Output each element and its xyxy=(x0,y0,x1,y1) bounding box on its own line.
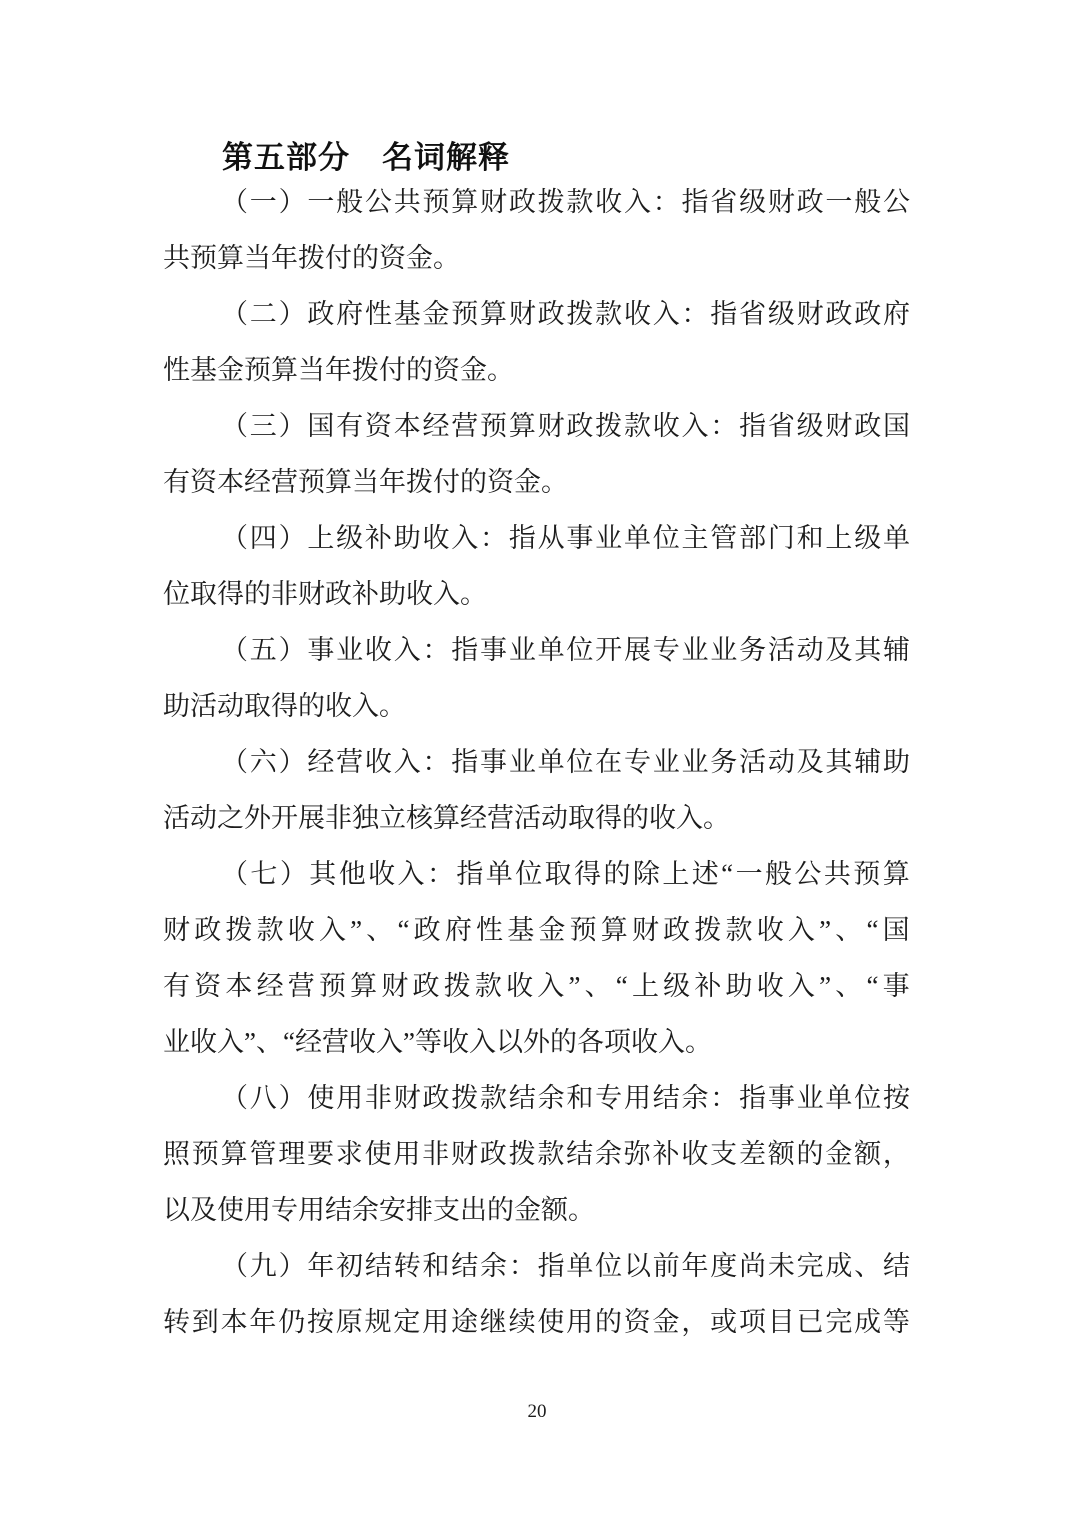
text-line: 性基金预算当年拨付的资金。 xyxy=(163,342,910,398)
text-line: 共预算当年拨付的资金。 xyxy=(163,230,910,286)
paragraph: （九）年初结转和结余：指单位以前年度尚未完成、结转到本年仍按原规定用途继续使用的… xyxy=(163,1238,910,1350)
paragraph: （七）其他收入：指单位取得的除上述“一般公共预算财政拨款收入”、“政府性基金预算… xyxy=(163,846,910,1070)
text-line: （一）一般公共预算财政拨款收入：指省级财政一般公 xyxy=(163,174,910,230)
text-line: 转到本年仍按原规定用途继续使用的资金，或项目已完成等 xyxy=(163,1294,910,1350)
text-line: （八）使用非财政拨款结余和专用结余：指事业单位按 xyxy=(163,1070,910,1126)
text-line: （六）经营收入：指事业单位在专业业务活动及其辅助 xyxy=(163,734,910,790)
paragraph: （二）政府性基金预算财政拨款收入：指省级财政政府性基金预算当年拨付的资金。 xyxy=(163,286,910,398)
text-line: 有资本经营预算当年拨付的资金。 xyxy=(163,454,910,510)
text-line: （五）事业收入：指事业单位开展专业业务活动及其辅 xyxy=(163,622,910,678)
text-line: 活动之外开展非独立核算经营活动取得的收入。 xyxy=(163,790,910,846)
paragraph: （一）一般公共预算财政拨款收入：指省级财政一般公共预算当年拨付的资金。 xyxy=(163,174,910,286)
text-line: 照预算管理要求使用非财政拨款结余弥补收支差额的金额， xyxy=(163,1126,910,1182)
paragraph: （五）事业收入：指事业单位开展专业业务活动及其辅助活动取得的收入。 xyxy=(163,622,910,734)
paragraph: （四）上级补助收入：指从事业单位主管部门和上级单位取得的非财政补助收入。 xyxy=(163,510,910,622)
text-line: 位取得的非财政补助收入。 xyxy=(163,566,910,622)
page-number: 20 xyxy=(0,1398,1074,1426)
text-line: 财政拨款收入”、“政府性基金预算财政拨款收入”、“国 xyxy=(163,902,910,958)
text-line: 以及使用专用结余安排支出的金额。 xyxy=(163,1182,910,1238)
text-line: （七）其他收入：指单位取得的除上述“一般公共预算 xyxy=(163,846,910,902)
text-line: 有资本经营预算财政拨款收入”、“上级补助收入”、“事 xyxy=(163,958,910,1014)
paragraph: （三）国有资本经营预算财政拨款收入：指省级财政国有资本经营预算当年拨付的资金。 xyxy=(163,398,910,510)
document-body: （一）一般公共预算财政拨款收入：指省级财政一般公共预算当年拨付的资金。（二）政府… xyxy=(163,174,910,1350)
text-line: （三）国有资本经营预算财政拨款收入：指省级财政国 xyxy=(163,398,910,454)
paragraph: （八）使用非财政拨款结余和专用结余：指事业单位按照预算管理要求使用非财政拨款结余… xyxy=(163,1070,910,1238)
text-line: （九）年初结转和结余：指单位以前年度尚未完成、结 xyxy=(163,1238,910,1294)
text-line: （二）政府性基金预算财政拨款收入：指省级财政政府 xyxy=(163,286,910,342)
text-line: 助活动取得的收入。 xyxy=(163,678,910,734)
paragraph: （六）经营收入：指事业单位在专业业务活动及其辅助活动之外开展非独立核算经营活动取… xyxy=(163,734,910,846)
text-line: （四）上级补助收入：指从事业单位主管部门和上级单 xyxy=(163,510,910,566)
document-page: 第五部分 名词解释 （一）一般公共预算财政拨款收入：指省级财政一般公共预算当年拨… xyxy=(0,0,1074,1520)
text-line: 业收入”、“经营收入”等收入以外的各项收入。 xyxy=(163,1014,910,1070)
